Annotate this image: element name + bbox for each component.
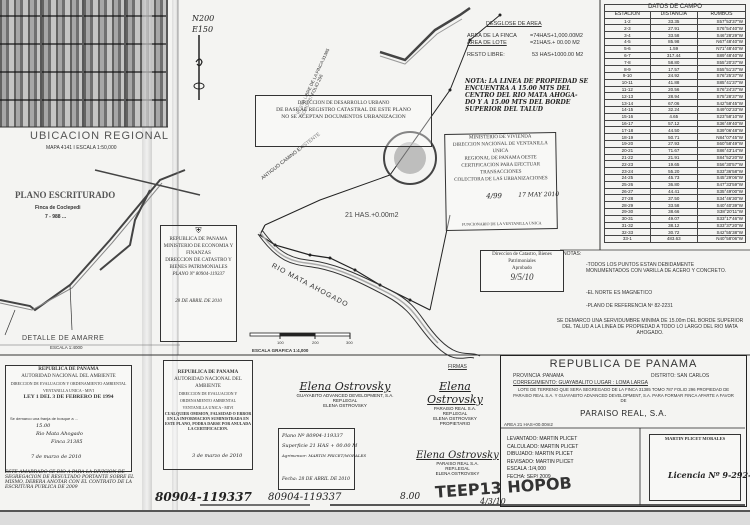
distancia-cell: 33.58 [650, 32, 697, 39]
area-lote-value: =21HAS.+ 00.00 M2 [530, 40, 580, 46]
lot-area-label: 21 HAS.+0.00m2 [345, 212, 399, 219]
table-row: 4-585.98N67°48'40"W [605, 38, 746, 45]
note-servidumbre: SE DEMARCO UNA SERVIDUMBRE MINIMA DE 15.… [555, 318, 745, 336]
col-estacion: ESTACION [605, 11, 651, 18]
table-row: 18-1950.71N84°07'45"W [605, 134, 746, 141]
table-row: 12-1328.94S75°28'37"W [605, 93, 746, 100]
survey-plan-sheet: UBICACION REGIONAL MAPA 4141 I ESCALA 1:… [0, 0, 750, 510]
rumbo-cell: S49°02'33"W [697, 106, 745, 113]
col-rumbos: RUMBOS [697, 11, 745, 18]
field-data-table: DATOS DE CAMPO ESTACION DISTANCIA RUMBOS… [604, 4, 746, 243]
scan-bottom-edge [0, 510, 750, 525]
table-row: 15-164.65S23°58'10"W [605, 113, 746, 120]
table-row: 1-233.35S57°53'37"W [605, 18, 746, 25]
estacion-cell: 14-15 [605, 106, 651, 113]
catastro-stamp: ⛨ REPUBLICA DE PANAMA MINISTERIO DE ECON… [160, 225, 237, 342]
distancia-cell: 317.44 [650, 52, 697, 59]
rumbo-cell: S35°49'00"W [697, 188, 745, 195]
rumbo-cell: S86°43'14"W [697, 147, 745, 154]
distancia-cell: 27.91 [650, 25, 697, 32]
rumbo-cell: N67°48'40"W [697, 38, 745, 45]
distancia-cell: 21.91 [650, 154, 697, 161]
estacion-cell: 25-26 [605, 181, 651, 188]
estacion-cell: 5-6 [605, 45, 651, 52]
area-finca-label: AREA DE LA FINCA [467, 33, 517, 39]
handwritten-number: 8.00 [400, 492, 420, 502]
distancia-cell: 27.93 [650, 140, 697, 147]
estacion-cell: 6-7 [605, 52, 651, 59]
surveyor-stamp: MARTIN PLICET MORALES Licencia Nº 9-292-… [649, 434, 741, 501]
distancia-cell: 45.73 [650, 174, 697, 181]
estacion-cell: 27-28 [605, 195, 651, 202]
table-row: 25-2636.80S47°33'59"W [605, 181, 746, 188]
note-plano-referencia: -PLANO DE REFERENCIA Nº 82-2231 [586, 303, 673, 309]
title-description: LOTE DE TERRENO QUE SERA SEGREGADO DE LA… [511, 387, 736, 404]
distancia-cell: 33.58 [650, 202, 697, 209]
rumbo-cell: S76°54'40"W [697, 25, 745, 32]
distancia-cell: 55.20 [650, 168, 697, 175]
table-row: 33-1483.63N40°58'06"W [605, 236, 746, 243]
estacion-cell: 20-21 [605, 147, 651, 154]
notes-title: NOTAS: [563, 251, 581, 257]
distancia-cell: 24.92 [650, 72, 697, 79]
rumbo-cell: S75°28'37"W [697, 93, 745, 100]
table-row: 16-1757.12S36°49'40"W [605, 120, 746, 127]
rumbo-cell: S57°53'37"W [697, 18, 745, 25]
estacion-cell: 11-12 [605, 86, 651, 93]
estacion-cell: 9-10 [605, 72, 651, 79]
table-row: 8-917.57S55°51'37"W [605, 66, 746, 73]
distancia-cell: 49.07 [650, 215, 697, 222]
signature-block-2: Elena Ostrovsky PARAISO REAL S.A. REP.LE… [410, 380, 500, 426]
handwritten-note: NOTA: LA LINEA DE PROPIEDAD SE ENCUENTRA… [465, 78, 588, 113]
estacion-cell: 28-29 [605, 202, 651, 209]
rumbo-cell: S56°30'57"W [697, 161, 745, 168]
registro-stamp: Plano Nº 80904-119337 Superficie 21 HAS … [278, 428, 355, 490]
table-row: 2-327.91S76°54'40"W [605, 25, 746, 32]
estacion-cell: 30-31 [605, 215, 651, 222]
estacion-cell: 22-23 [605, 161, 651, 168]
signature-block-1: Elena Ostrovsky GUAYABITO ADVANCED DEVEL… [285, 380, 405, 408]
scale-tick-100: 100 [277, 340, 284, 345]
rumbo-cell: N40°58'06"W [697, 236, 745, 243]
rumbo-cell: S47°33'59"W [697, 181, 745, 188]
municipal-stamp: Direccion de Catastro, Bienes Patrimonia… [480, 250, 564, 292]
table-row: 6-7317.44S89°48'40"W [605, 52, 746, 59]
rumbo-cell: S39°06'48"W [697, 127, 745, 134]
table-row: 5-61.59N71°48'40"W [605, 45, 746, 52]
rumbo-cell: S46°28'29"W [697, 32, 745, 39]
rumbo-cell: N84°07'45"W [697, 134, 745, 141]
rumbo-cell: S33°17'46"W [697, 215, 745, 222]
estacion-cell: 33-1 [605, 236, 651, 243]
distancia-cell: 85.98 [650, 38, 697, 45]
table-row: 7-858.80S55°20'37"W [605, 59, 746, 66]
rumbo-cell: S42°58'45"W [697, 100, 745, 107]
table-row: 24-2545.73S45°29'06"W [605, 174, 746, 181]
rumbo-cell: S85°41'37"W [697, 79, 745, 86]
estacion-cell: 21-22 [605, 154, 651, 161]
amarre-scale: ESCALA 1:4000 [50, 345, 83, 350]
table-row: 19-2027.93S60°58'49"W [605, 140, 746, 147]
title-owner: PARAISO REAL, S.A. [501, 409, 746, 418]
distancia-cell: 483.63 [650, 236, 697, 243]
estacion-cell: 10-11 [605, 79, 651, 86]
estacion-cell: 8-9 [605, 66, 651, 73]
estacion-cell: 16-17 [605, 120, 651, 127]
estacion-cell: 12-13 [605, 93, 651, 100]
rumbo-cell: S89°48'40"W [697, 52, 745, 59]
rumbo-cell: S76°24'37"W [697, 86, 745, 93]
estacion-cell: 2-3 [605, 25, 651, 32]
rumbo-cell: N71°48'40"W [697, 45, 745, 52]
estacion-cell: 18-19 [605, 134, 651, 141]
handwritten-code-mid: 80904-119337 [268, 492, 341, 503]
distancia-cell: 20.56 [650, 86, 697, 93]
table-row: 23-2455.20S33°36'58"W [605, 168, 746, 175]
title-area: AREA 21 HAS+00.00m2 [504, 422, 553, 427]
distancia-cell: 1.59 [650, 45, 697, 52]
estacion-cell: 24-25 [605, 174, 651, 181]
table-row: 13-1467.06S42°58'45"W [605, 100, 746, 107]
title-corregimiento: CORREGIMIENTO: GUAYABALITO LUGAR : LOMA … [513, 380, 648, 386]
title-country: REPUBLICA DE PANAMA [501, 358, 746, 370]
rumbo-cell: S33°37'20"W [697, 222, 745, 229]
distancia-cell: 71.67 [650, 147, 697, 154]
table-row: 3-433.58S46°28'29"W [605, 32, 746, 39]
rumbo-cell: S42°55'38"W [697, 229, 745, 236]
distancia-cell: 37.50 [650, 195, 697, 202]
rumbo-cell: S55°51'37"W [697, 66, 745, 73]
table-row: 27-2837.50S34°46'30"W [605, 195, 746, 202]
rumbo-cell: S36°49'40"W [697, 120, 745, 127]
anam-stamp-1: REPUBLICA DE PANAMA AUTORIDAD NACIONAL D… [5, 365, 132, 472]
table-row: 29-3038.66S38°20'11"W [605, 208, 746, 215]
distancia-cell: 30.72 [650, 229, 697, 236]
rumbo-cell: S33°36'58"W [697, 168, 745, 175]
north-arrow-icon [194, 35, 204, 100]
distancia-cell: 67.06 [650, 100, 697, 107]
signature-block-3: Elena Ostrovsky PARAISO REAL S.A. REP.LE… [415, 450, 500, 476]
distancia-cell: 44.41 [650, 188, 697, 195]
estacion-cell: 3-4 [605, 32, 651, 39]
note-norte: -EL NORTE ES MAGNETICO [586, 290, 652, 296]
table-row: 31-3238.12S33°37'20"W [605, 222, 746, 229]
col-distancia: DISTANCIA [650, 11, 697, 18]
handwritten-code-left: 80904-119337 [155, 490, 252, 504]
note-monumentados: -TODOS LOS PUNTOS ESTAN DEBIDAMENTE MONU… [586, 262, 736, 274]
distancia-cell: 33.35 [650, 18, 697, 25]
distancia-cell: 19.65 [650, 161, 697, 168]
rumbo-cell: S55°20'37"W [697, 59, 745, 66]
distancia-cell: 57.12 [650, 120, 697, 127]
table-row: 32-3330.72S42°55'38"W [605, 229, 746, 236]
estacion-cell: 23-24 [605, 168, 651, 175]
distancia-cell: 50.71 [650, 134, 697, 141]
estacion-cell: 31-32 [605, 222, 651, 229]
distancia-cell: 41.88 [650, 79, 697, 86]
rumbo-cell: S76°25'37"W [697, 72, 745, 79]
table-row: 10-1141.88S85°41'37"W [605, 79, 746, 86]
distancia-cell: 17.57 [650, 66, 697, 73]
title-province: PROVINCIA :PANAMA [513, 373, 564, 379]
table-row: 17-1844.50S39°06'48"W [605, 127, 746, 134]
estacion-cell: 13-14 [605, 100, 651, 107]
estacion-cell: 17-18 [605, 127, 651, 134]
estacion-cell: 29-30 [605, 208, 651, 215]
table-row: 21-2221.91S84°52'20"W [605, 154, 746, 161]
estacion-cell: 26-27 [605, 188, 651, 195]
anam-stamp-2: REPUBLICA DE PANAMA AUTORIDAD NACIONAL D… [163, 360, 253, 470]
distancia-cell: 36.80 [650, 181, 697, 188]
area-breakdown-title: DESGLOSE DE AREA [486, 21, 542, 27]
area-finca-value: =74HAS+1,000.00M2 [530, 33, 583, 39]
stamp-date: 4/3/10 [480, 497, 506, 506]
amarre-handwritten-note: ESTE AMARRADO SE DIO A PARA LA DIVISION … [5, 470, 135, 490]
table-row: 20-2171.67S86°43'14"W [605, 147, 746, 154]
distancia-cell: 4.65 [650, 113, 697, 120]
rumbo-cell: S60°58'49"W [697, 140, 745, 147]
table-row: 14-1532.24S49°02'33"W [605, 106, 746, 113]
table-row: 26-2744.41S35°49'00"W [605, 188, 746, 195]
distancia-cell: 38.12 [650, 222, 697, 229]
estacion-cell: 1-2 [605, 18, 651, 25]
table-row: 22-2319.65S56°30'57"W [605, 161, 746, 168]
coat-of-arms-icon: ⛨ [161, 226, 236, 236]
rumbo-cell: S23°58'10"W [697, 113, 745, 120]
area-lote-label: AREA DE LOTE [467, 40, 507, 46]
rumbo-cell: S38°20'11"W [697, 208, 745, 215]
title-district: DISTRITO: SAN CARLOS [651, 373, 709, 379]
distancia-cell: 38.66 [650, 208, 697, 215]
rumbo-cell: S40°40'39"W [697, 202, 745, 209]
table-row: 28-2933.58S40°40'39"W [605, 202, 746, 209]
estacion-cell: 7-8 [605, 59, 651, 66]
vivienda-stamp: MINISTERIO DE VIVIENDA DIRECCION NACIONA… [444, 132, 558, 231]
table-row: 30-3149.07S33°17'46"W [605, 215, 746, 222]
distancia-cell: 58.80 [650, 59, 697, 66]
scale-bar-caption: ESCALA GRAFICA 1:4,000 [252, 348, 308, 353]
estacion-cell: 19-20 [605, 140, 651, 147]
estacion-cell: 4-5 [605, 38, 651, 45]
estacion-cell: 15-16 [605, 113, 651, 120]
distancia-cell: 44.50 [650, 127, 697, 134]
distancia-cell: 32.24 [650, 106, 697, 113]
signatures-header: FIRMAS [448, 364, 467, 370]
rumbo-cell: S84°52'20"W [697, 154, 745, 161]
distancia-cell: 28.94 [650, 93, 697, 100]
estacion-cell: 32-33 [605, 229, 651, 236]
urban-development-stamp: DIRECCION DE DESARROLLO URBANO DE BASE A… [255, 95, 432, 147]
rumbo-cell: S45°29'06"W [697, 174, 745, 181]
table-row: 11-1220.56S76°24'37"W [605, 86, 746, 93]
resto-libre-value: 53 HAS+1000.00 M2 [532, 52, 583, 58]
table-row: 9-1024.92S76°25'37"W [605, 72, 746, 79]
scale-tick-300: 300 [346, 340, 353, 345]
amarre-title: DETALLE DE AMARRE [22, 335, 104, 342]
scale-tick-200: 200 [312, 340, 319, 345]
scale-bar-icon [250, 333, 350, 339]
resto-libre-label: RESTO LIBRE: [467, 52, 505, 58]
rumbo-cell: S34°46'30"W [697, 195, 745, 202]
